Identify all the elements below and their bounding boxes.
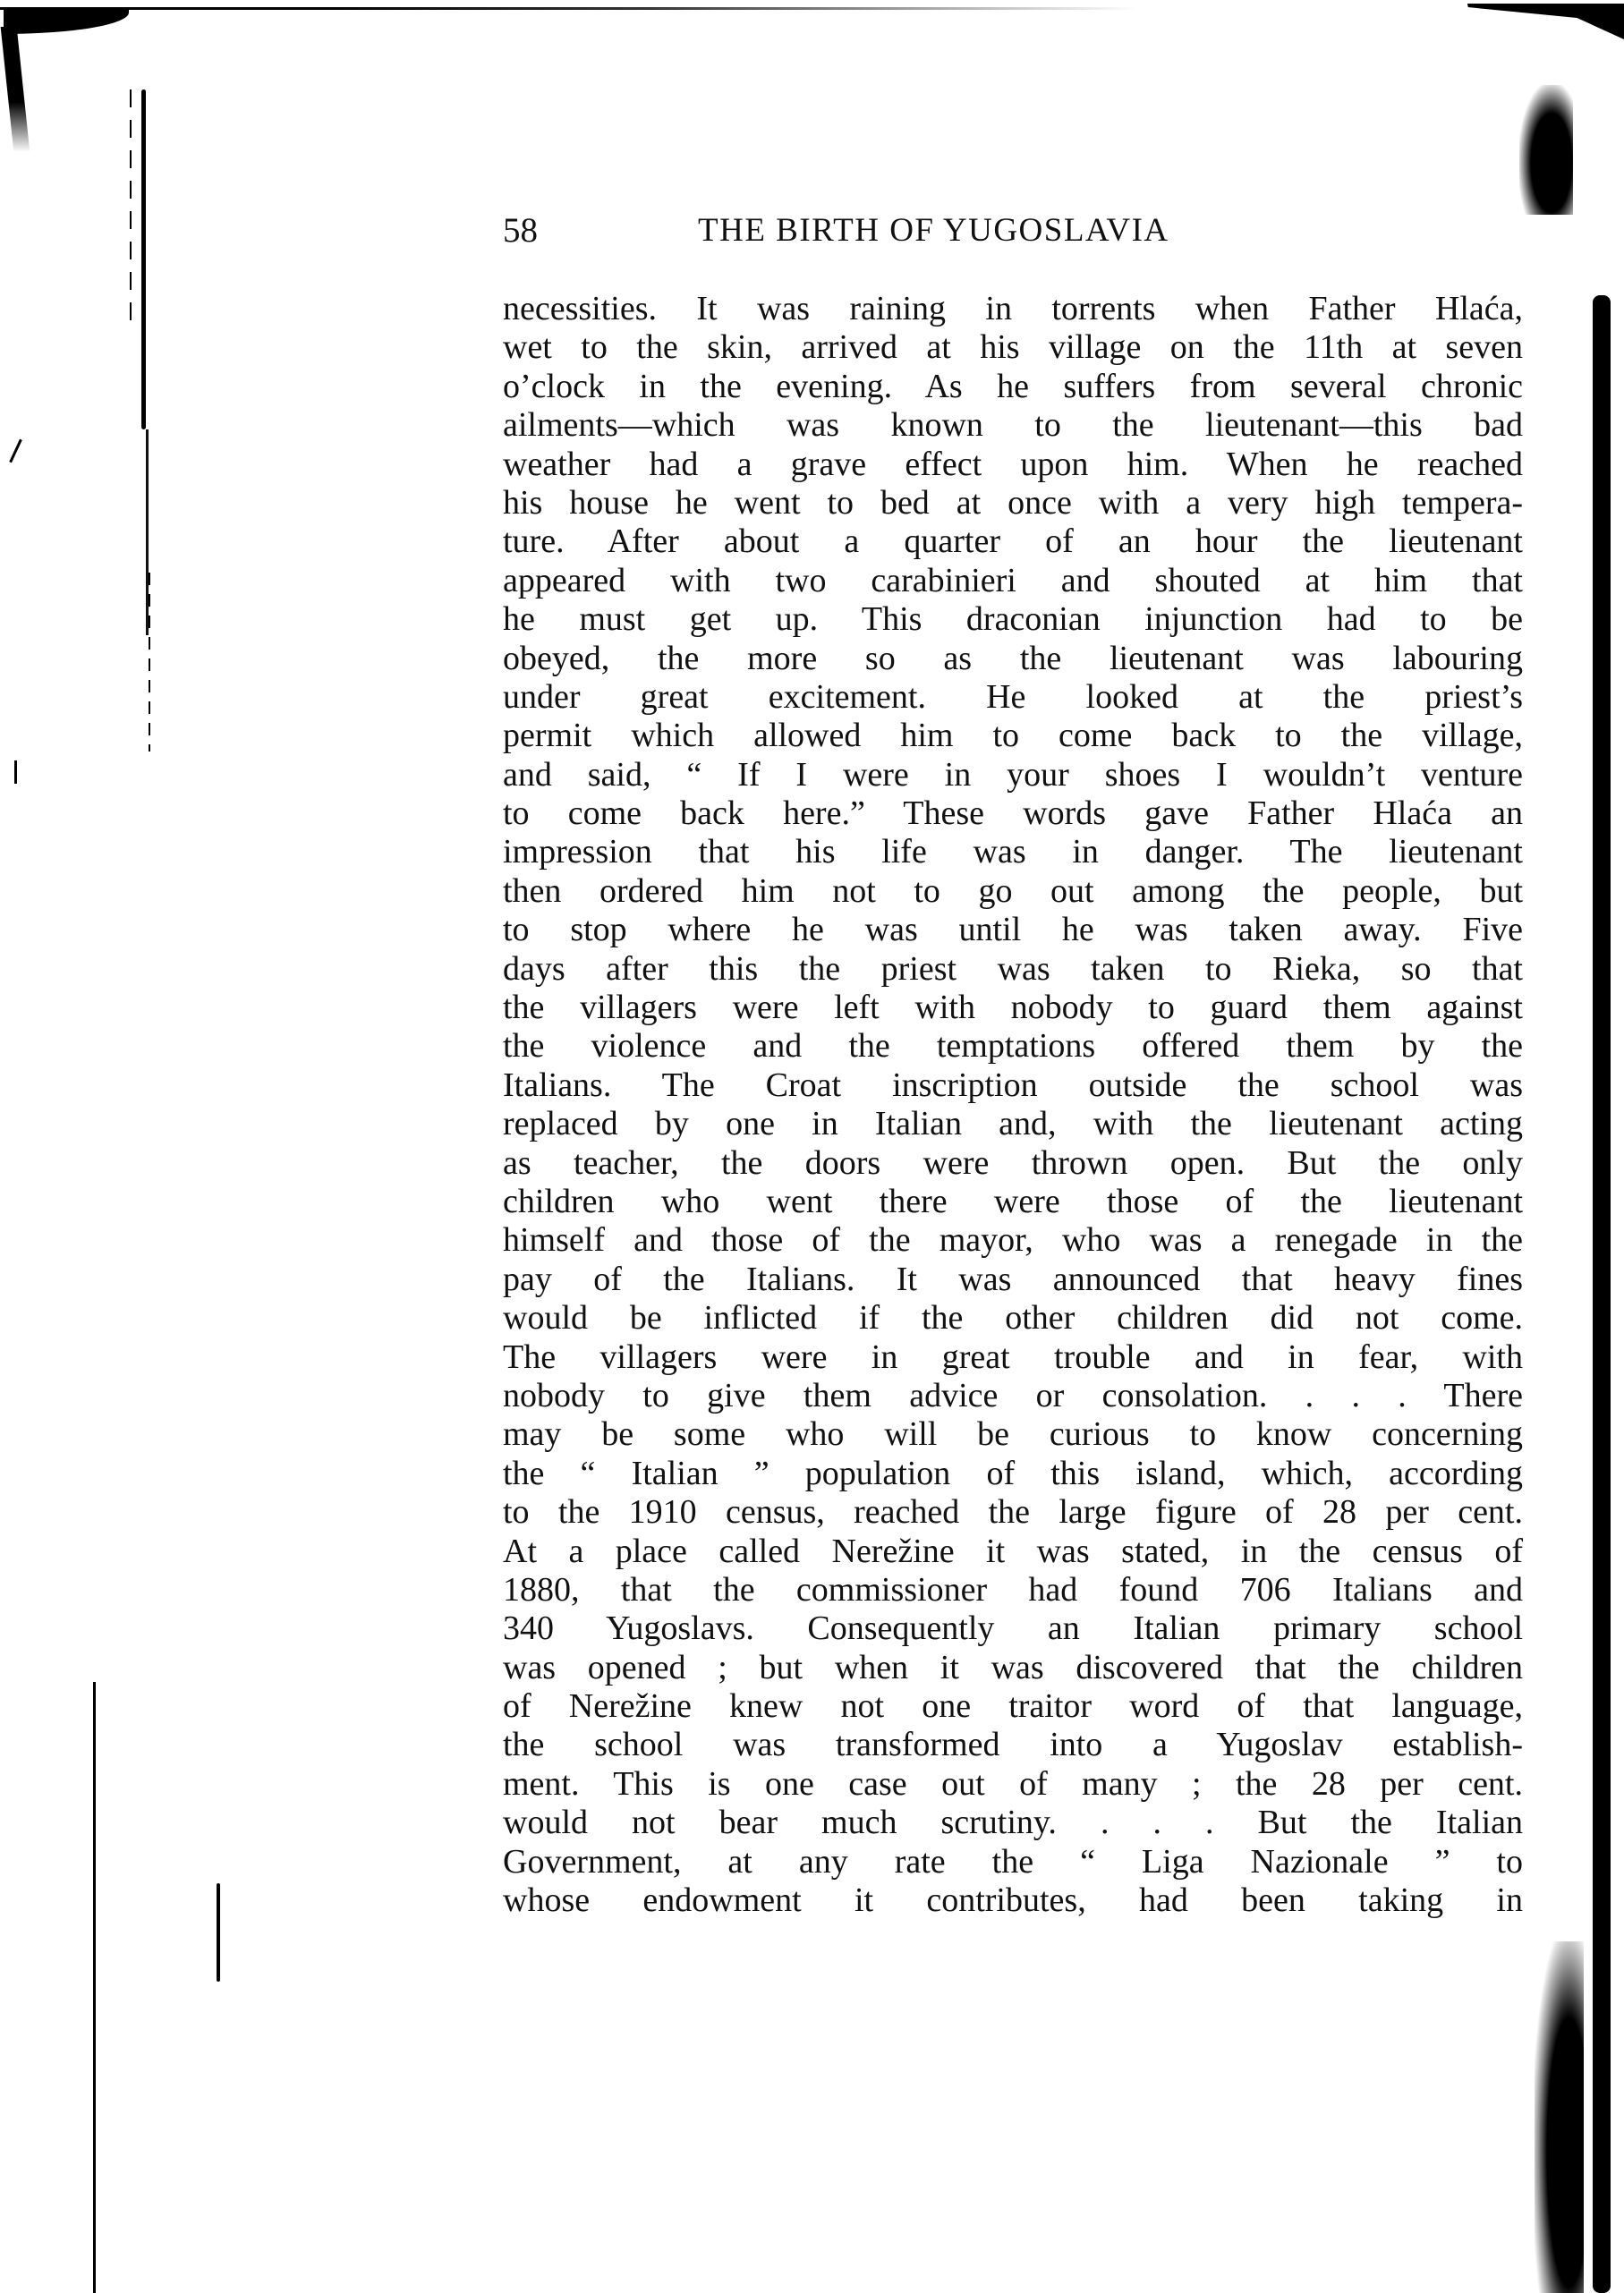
text-line: children who went there were those of th… (503, 1183, 1523, 1221)
text-line: he must get up. This draconian injunctio… (503, 600, 1523, 639)
scan-fold-line (217, 1883, 220, 1982)
text-line: 1880, that the commissioner had found 70… (503, 1571, 1523, 1609)
text-line: then ordered him not to go out among the… (503, 872, 1523, 911)
book-page: 58 THE BIRTH OF YUGOSLAVIA necessities. … (0, 0, 1624, 2293)
text-line: permit which allowed him to come back to… (503, 717, 1523, 755)
text-line: would not bear much scrutiny. . . . But … (503, 1804, 1523, 1842)
text-line: himself and those of the mayor, who was … (503, 1221, 1523, 1260)
text-line: ture. After about a quarter of an hour t… (503, 522, 1523, 561)
text-line: nobody to give them advice or consolatio… (503, 1377, 1523, 1415)
text-line: and said, “ If I were in your shoes I wo… (503, 756, 1523, 794)
text-line: under great excitement. He looked at the… (503, 678, 1523, 717)
text-line: to stop where he was until he was taken … (503, 911, 1523, 949)
text-line: was opened ; but when it was discovered … (503, 1649, 1523, 1687)
scan-corner-shadow (4, 7, 129, 34)
scan-fold-line (149, 573, 150, 752)
scan-left-curl (1, 27, 30, 152)
scan-speck (9, 439, 22, 463)
text-line: ment. This is one case out of many ; the… (503, 1765, 1523, 1804)
text-line: the school was transformed into a Yugosl… (503, 1726, 1523, 1764)
body-text: necessities. It was raining in torrents … (503, 290, 1523, 1920)
text-line: Italians. The Croat inscription outside … (503, 1066, 1523, 1105)
text-line: necessities. It was raining in torrents … (503, 290, 1523, 328)
text-line: of Nerežine knew not one traitor word of… (503, 1687, 1523, 1726)
scan-smudge (1535, 1941, 1584, 2293)
scan-fold-line (93, 1682, 96, 2293)
scan-fold-line (130, 89, 132, 322)
scan-top-edge (0, 7, 1624, 10)
text-line: appeared with two carabinieri and shoute… (503, 562, 1523, 600)
text-line: replaced by one in Italian and, with the… (503, 1105, 1523, 1143)
text-line: obeyed, the more so as the lieutenant wa… (503, 640, 1523, 678)
scan-right-edge (1593, 295, 1611, 2293)
scan-fold-line (141, 89, 146, 429)
text-line: the violence and the temptations offered… (503, 1027, 1523, 1066)
text-line: impression that his life was in danger. … (503, 833, 1523, 871)
text-line: o’clock in the evening. As he suffers fr… (503, 368, 1523, 406)
scan-speck (14, 760, 17, 784)
text-line: the villagers were left with nobody to g… (503, 989, 1523, 1027)
text-line: ailments—which was known to the lieutena… (503, 406, 1523, 445)
scan-smudge (1519, 85, 1573, 215)
text-line: weather had a grave effect upon him. Whe… (503, 446, 1523, 484)
scan-corner-shadow (1467, 4, 1624, 39)
text-line: his house he went to bed at once with a … (503, 484, 1523, 522)
text-line: whose endowment it contributes, had been… (503, 1881, 1523, 1920)
page-number: 58 (503, 211, 538, 251)
running-head: 58 THE BIRTH OF YUGOSLAVIA (503, 211, 1523, 251)
text-line: may be some who will be curious to know … (503, 1415, 1523, 1454)
text-line: At a place called Nerežine it was stated… (503, 1533, 1523, 1571)
text-line: The villagers were in great trouble and … (503, 1338, 1523, 1377)
text-line: as teacher, the doors were thrown open. … (503, 1144, 1523, 1183)
text-line: days after this the priest was taken to … (503, 950, 1523, 989)
text-line: pay of the Italians. It was announced th… (503, 1261, 1523, 1299)
text-line: to the 1910 census, reached the large fi… (503, 1493, 1523, 1532)
running-title: THE BIRTH OF YUGOSLAVIA (698, 211, 1169, 251)
text-line: wet to the skin, arrived at his village … (503, 328, 1523, 367)
text-line: Government, at any rate the “ Liga Nazio… (503, 1843, 1523, 1881)
text-line: to come back here.” These words gave Fat… (503, 794, 1523, 833)
text-line: 340 Yugoslavs. Consequently an Italian p… (503, 1609, 1523, 1648)
text-line: the “ Italian ” population of this islan… (503, 1455, 1523, 1493)
text-line: would be inflicted if the other children… (503, 1299, 1523, 1338)
